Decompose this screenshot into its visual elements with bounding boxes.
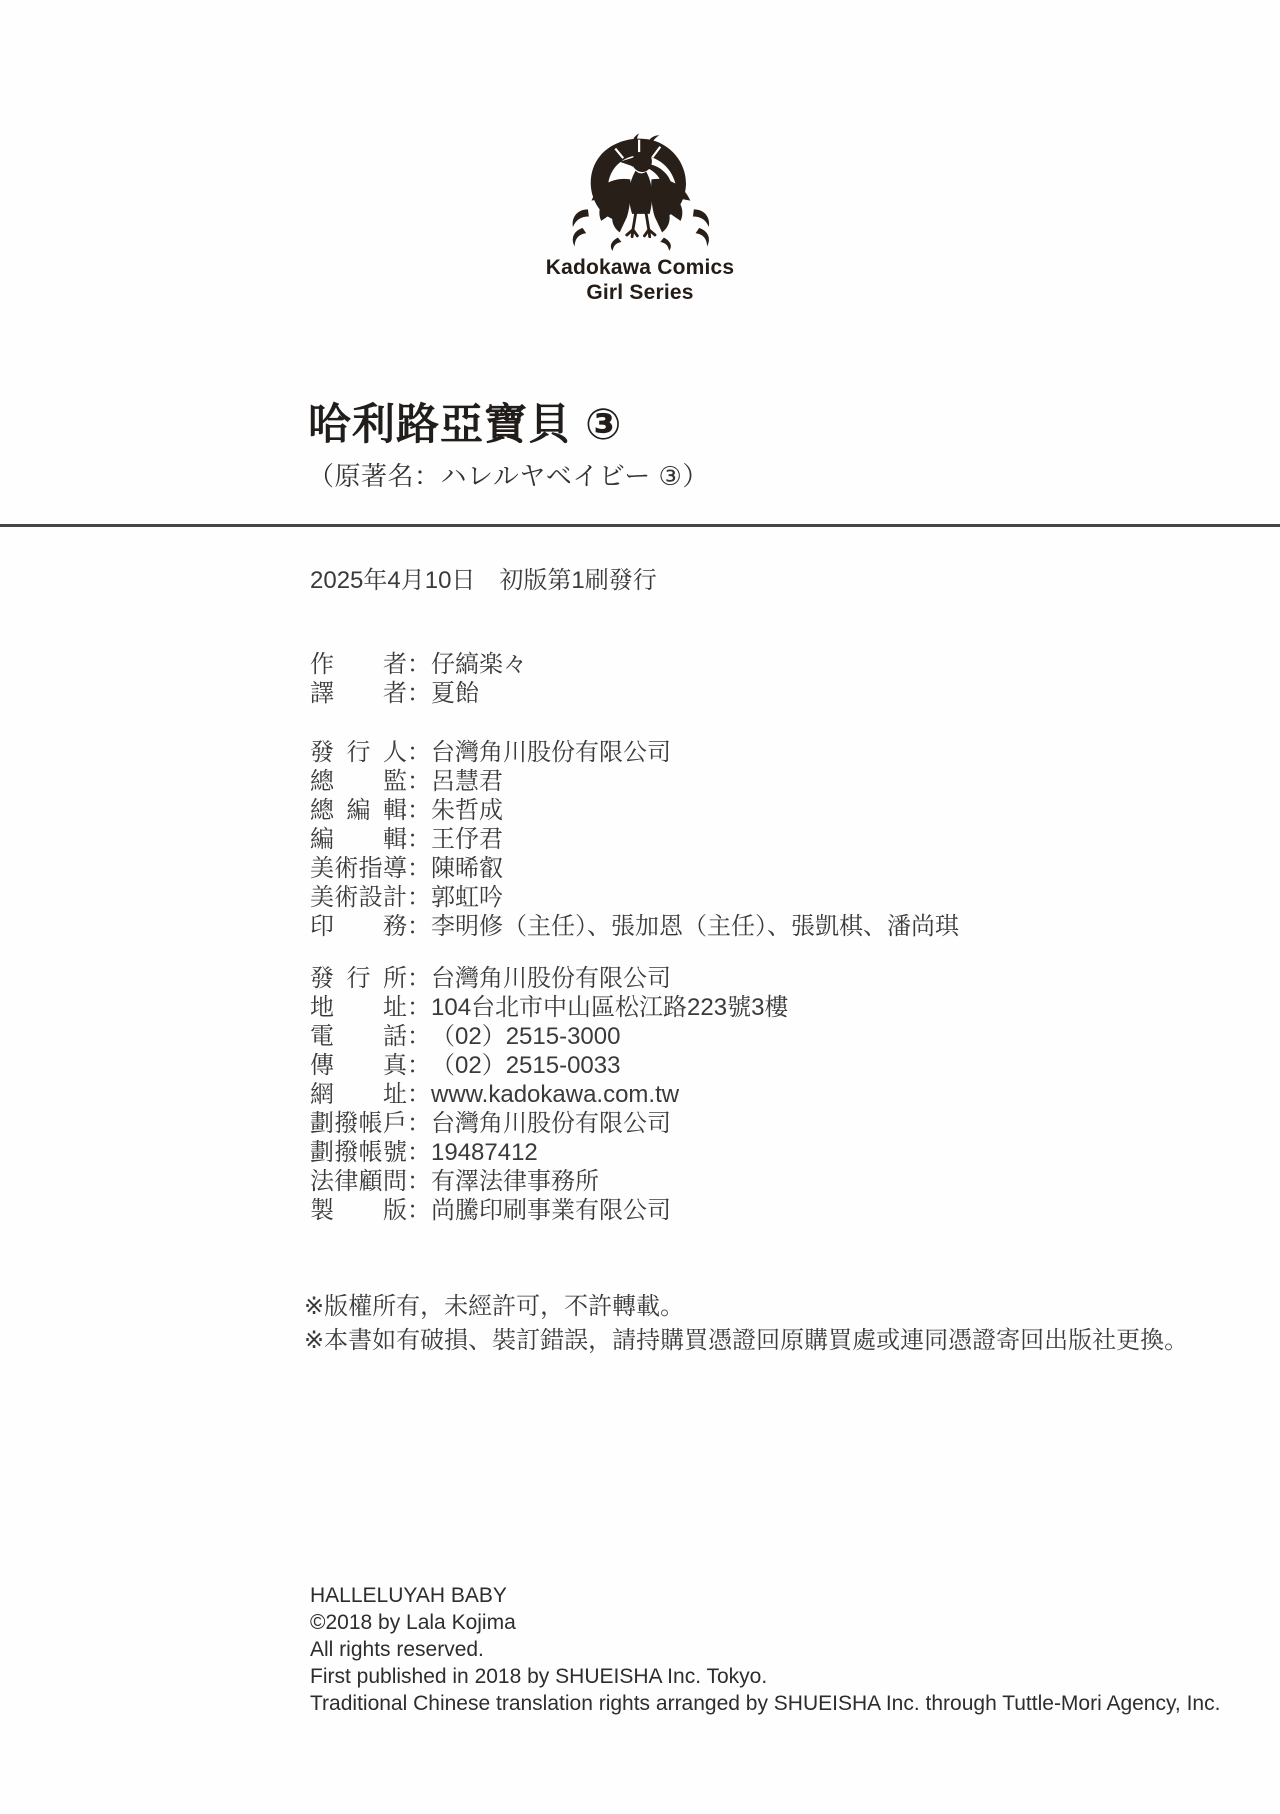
credit-row-address: 地址：104台北市中山區松江路223號3樓 [310,993,788,1022]
credit-colon: ： [407,796,431,825]
credit-value: 104台北市中山區松江路223號3樓 [431,994,788,1021]
logo-series-name: Kadokawa Comics [0,255,1280,280]
credit-value: 朱哲成 [431,797,503,824]
credit-value: 台灣角川股份有限公司 [431,965,671,992]
logo-series-sub: Girl Series [0,280,1280,305]
credit-row-printing: 印務：李明修（主任）、張加恩（主任）、張凱棋、潘尚琪 [310,912,959,941]
divider-rule [0,524,1280,527]
credit-label: 傳真 [310,1051,407,1080]
credit-label: 編輯 [310,825,407,854]
credit-row-director: 總監：呂慧君 [310,767,959,796]
copyright-line: Traditional Chinese translation rights a… [310,1690,1220,1717]
credits-office-block: 發行所：台灣角川股份有限公司 地址：104台北市中山區松江路223號3樓 電話：… [310,964,788,1225]
credit-colon: ： [407,1022,431,1051]
credit-value: 陳晞叡 [431,855,503,882]
copyright-line: First published in 2018 by SHUEISHA Inc.… [310,1663,1220,1690]
credit-colon: ： [407,825,431,854]
credit-value: 台灣角川股份有限公司 [431,739,671,766]
credit-value: （02）2515-0033 [431,1052,620,1079]
credit-colon: ： [407,912,431,941]
book-title: 哈利路亞寶貝 ③ [308,400,709,450]
credit-label: 美術設計 [310,883,407,912]
credit-label: 譯者 [310,679,407,708]
credit-value: 有澤法律事務所 [431,1168,599,1195]
credit-colon: ： [407,738,431,767]
credit-row-publisher: 發行人：台灣角川股份有限公司 [310,738,959,767]
credit-row-translator: 譯者：夏飴 [310,679,527,708]
kadokawa-phoenix-icon [565,128,715,252]
credit-value: 19487412 [431,1139,538,1166]
copyright-line: All rights reserved. [310,1636,1220,1663]
credit-row-fax: 傳真：（02）2515-0033 [310,1051,788,1080]
credit-value: 夏飴 [431,680,479,707]
credit-row-art-director: 美術指導：陳晞叡 [310,854,959,883]
copyright-title: HALLELUYAH BABY [310,1582,1220,1609]
credits-author-block: 作者：仔縞楽々 譯者：夏飴 [310,650,527,708]
colophon-page: Kadokawa Comics Girl Series 哈利路亞寶貝 ③ （原著… [0,0,1280,1814]
original-title: （原著名：ハレルヤベイビー ③） [308,456,709,493]
credit-value: 台灣角川股份有限公司 [431,1110,671,1137]
credit-value: 李明修（主任）、張加恩（主任）、張凱棋、潘尚琪 [431,913,959,940]
credit-colon: ： [407,767,431,796]
credit-colon: ： [407,1080,431,1109]
credit-label: 美術指導 [310,854,407,883]
notice-line: ※本書如有破損、裝訂錯誤，請持購買憑證回原購買處或連同憑證寄回出版社更換。 [304,1324,1188,1358]
copyright-block: HALLELUYAH BABY ©2018 by Lala Kojima All… [310,1582,1220,1717]
rights-notices: ※版權所有，未經許可，不許轉載。 ※本書如有破損、裝訂錯誤，請持購買憑證回原購買… [304,1290,1188,1358]
credit-row-editor: 編輯：王伃君 [310,825,959,854]
credit-label: 劃撥帳戶 [310,1109,407,1138]
credit-colon: ： [407,883,431,912]
credit-label: 作者 [310,650,407,679]
credit-row-postal-number: 劃撥帳號：19487412 [310,1138,788,1167]
credit-label: 地址 [310,993,407,1022]
credit-colon: ： [407,854,431,883]
title-block: 哈利路亞寶貝 ③ （原著名：ハレルヤベイビー ③） [308,400,709,493]
credit-row-art-designer: 美術設計：郭虹吟 [310,883,959,912]
credits-staff-block: 發行人：台灣角川股份有限公司 總監：呂慧君 總編輯：朱哲成 編輯：王伃君 美術指… [310,738,959,941]
notice-line: ※版權所有，未經許可，不許轉載。 [304,1290,1188,1324]
credit-row-legal-advisor: 法律顧問：有澤法律事務所 [310,1167,788,1196]
credit-row-publishing-office: 發行所：台灣角川股份有限公司 [310,964,788,993]
credit-row-phone: 電話：（02）2515-3000 [310,1022,788,1051]
credit-value: 郭虹吟 [431,884,503,911]
publisher-logo-block: Kadokawa Comics Girl Series [0,128,1280,305]
credit-label: 網址 [310,1080,407,1109]
credit-value: 仔縞楽々 [431,651,527,678]
credit-label: 電話 [310,1022,407,1051]
credit-colon: ： [407,650,431,679]
credit-label: 發行人 [310,738,407,767]
credit-colon: ： [407,964,431,993]
credit-row-production: 製版：尚騰印刷事業有限公司 [310,1196,788,1225]
credit-label: 總監 [310,767,407,796]
credit-label: 總編輯 [310,796,407,825]
credit-row-author: 作者：仔縞楽々 [310,650,527,679]
credit-colon: ： [407,993,431,1022]
edition-line: 2025年4月10日 初版第1刷發行 [310,566,657,596]
credit-row-website: 網址：www.kadokawa.com.tw [310,1080,788,1109]
credit-label: 法律顧問 [310,1167,407,1196]
credit-colon: ： [407,1051,431,1080]
credit-colon: ： [407,1167,431,1196]
credit-label: 印務 [310,912,407,941]
credit-value: 尚騰印刷事業有限公司 [431,1197,671,1224]
credit-colon: ： [407,679,431,708]
credit-value: 呂慧君 [431,768,503,795]
credit-value: 王伃君 [431,826,503,853]
credit-label: 發行所 [310,964,407,993]
credit-row-chief-editor: 總編輯：朱哲成 [310,796,959,825]
credit-row-postal-account: 劃撥帳戶：台灣角川股份有限公司 [310,1109,788,1138]
credit-colon: ： [407,1109,431,1138]
credit-label: 劃撥帳號 [310,1138,407,1167]
credit-colon: ： [407,1138,431,1167]
credit-colon: ： [407,1196,431,1225]
credit-value: （02）2515-3000 [431,1023,620,1050]
copyright-line: ©2018 by Lala Kojima [310,1609,1220,1636]
credit-value: www.kadokawa.com.tw [431,1081,679,1108]
credit-label: 製版 [310,1196,407,1225]
